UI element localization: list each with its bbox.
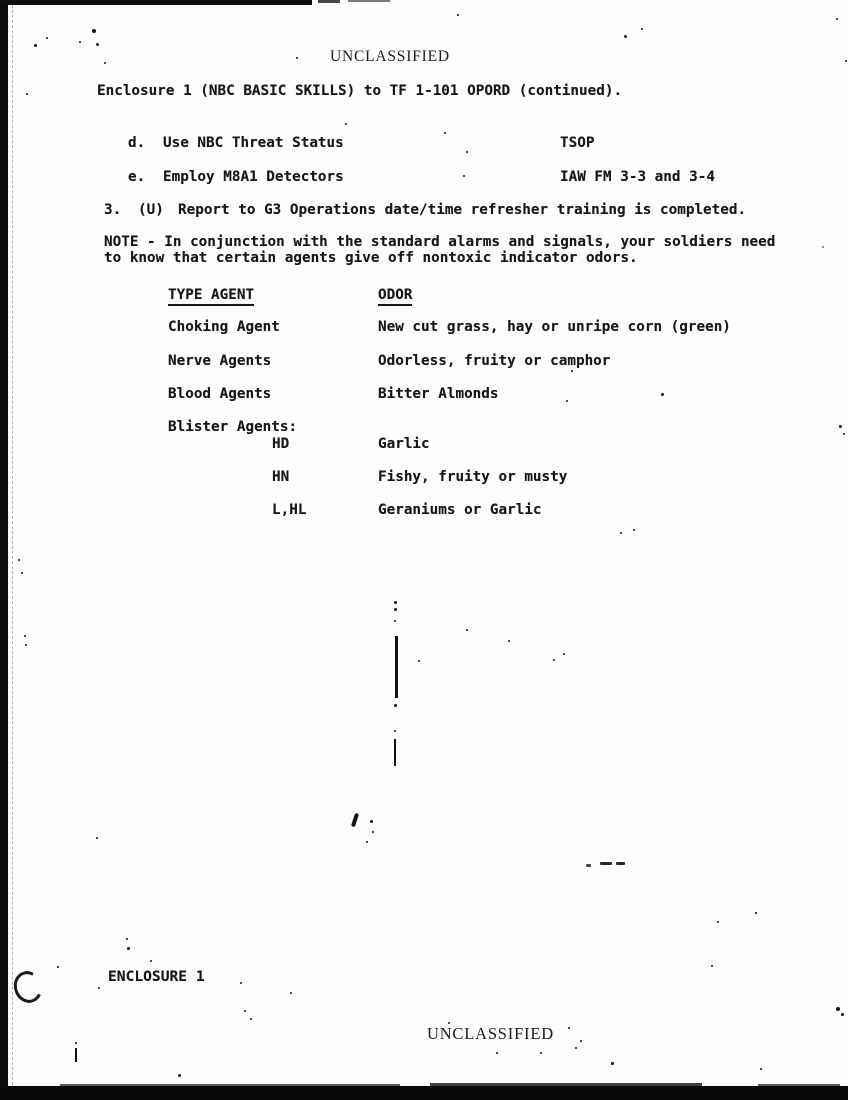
scan-speck	[580, 1040, 582, 1042]
scan-speck	[611, 1062, 614, 1065]
scan-speck	[563, 653, 565, 655]
scan-speck	[244, 1010, 246, 1012]
table-row-agent: Nerve Agents	[168, 354, 271, 369]
scan-speck	[394, 704, 397, 707]
scan-speck	[444, 132, 446, 134]
scan-speck	[394, 601, 397, 604]
scan-speck	[126, 938, 128, 940]
scan-speck	[394, 608, 397, 611]
scan-speck	[75, 1042, 77, 1044]
scan-speck	[418, 660, 420, 662]
task-d-letter: d.	[128, 136, 145, 151]
scan-speck	[394, 620, 396, 622]
ink-squiggle-artifact	[351, 813, 359, 828]
scan-speck	[571, 370, 573, 372]
scan-speck	[463, 175, 465, 177]
scan-speck	[24, 635, 26, 637]
scan-speck	[98, 987, 100, 989]
scan-speck	[836, 18, 838, 20]
scan-speck	[57, 966, 59, 968]
scan-speck	[150, 960, 152, 962]
scan-speck	[839, 425, 842, 428]
enclosure-title: Enclosure 1 (NBC BASIC SKILLS) to TF 1-1…	[97, 84, 622, 99]
scanned-document-page: UNCLASSIFIED Enclosure 1 (NBC BASIC SKIL…	[0, 0, 848, 1100]
scan-left-dashed-line	[12, 0, 13, 1100]
scan-speck	[178, 1074, 181, 1077]
scan-speck	[92, 29, 96, 33]
scan-speck	[553, 659, 555, 661]
item3-text: Report to G3 Operations date/time refres…	[178, 203, 746, 218]
task-d-reference: TSOP	[560, 136, 594, 151]
scan-speck	[79, 41, 81, 43]
scan-speck	[372, 831, 374, 833]
scan-speck	[104, 62, 106, 64]
table-row-odor: Odorless, fruity or camphor	[378, 354, 610, 369]
task-e-text: Employ M8A1 Detectors	[163, 170, 344, 185]
blister-row-agent: L,HL	[272, 503, 306, 518]
scan-speck	[496, 1052, 498, 1054]
scan-speck	[836, 1007, 840, 1011]
enclosure-footer-label: ENCLOSURE 1	[108, 969, 205, 984]
scan-speck	[633, 529, 635, 531]
scan-top-edge-fragment	[318, 0, 340, 3]
blister-row-odor: Fishy, fruity or musty	[378, 470, 567, 485]
blister-row-agent: HD	[272, 437, 289, 452]
scan-speck	[566, 400, 568, 402]
classification-header: UNCLASSIFIED	[330, 48, 450, 66]
scan-speck	[290, 992, 292, 994]
scan-speck	[394, 730, 396, 732]
blister-row-odor: Geraniums or Garlic	[378, 503, 542, 518]
note-line-1: NOTE - In conjunction with the standard …	[104, 235, 775, 250]
item3-marking: (U)	[138, 203, 164, 218]
scan-speck	[466, 629, 468, 631]
scan-speck	[843, 433, 845, 435]
scan-speck	[25, 644, 27, 646]
scan-speck	[600, 862, 612, 865]
scan-speck	[127, 947, 130, 950]
item3-number: 3.	[104, 203, 121, 218]
scan-vertical-streak	[395, 636, 398, 698]
scan-speck	[370, 820, 373, 823]
scan-speck	[21, 572, 23, 574]
table-row-agent: Choking Agent	[168, 320, 280, 335]
scan-speck	[586, 864, 591, 867]
task-e-reference: IAW FM 3-3 and 3-4	[560, 170, 715, 185]
blister-group-label: Blister Agents:	[168, 420, 297, 435]
scan-speck	[508, 640, 510, 642]
scan-speck	[624, 35, 627, 38]
scan-speck	[250, 1018, 252, 1020]
scan-speck	[46, 37, 48, 39]
scan-speck	[822, 246, 824, 248]
scan-speck	[540, 1052, 542, 1054]
table-row-odor: Bitter Almonds	[378, 387, 499, 402]
scan-top-edge-fragment	[348, 0, 390, 2]
scan-speck	[620, 532, 622, 534]
scan-speck	[711, 965, 713, 967]
task-e-letter: e.	[128, 170, 145, 185]
scan-speck	[26, 93, 28, 95]
hole-punch-circle-artifact	[10, 967, 47, 1006]
note-line-2: to know that certain agents give off non…	[104, 251, 638, 266]
scan-speck	[96, 837, 98, 839]
scan-bottom-edge-bar	[0, 1086, 848, 1100]
scan-speck	[616, 862, 625, 865]
scan-speck	[760, 1068, 762, 1070]
scan-speck	[466, 151, 468, 153]
scan-speck	[457, 14, 459, 16]
table-row-odor: New cut grass, hay or unripe corn (green…	[378, 320, 731, 335]
scan-speck	[240, 982, 242, 984]
scan-speck	[18, 559, 20, 561]
scan-vertical-streak	[394, 739, 396, 766]
scan-speck	[841, 1013, 844, 1016]
blister-row-odor: Garlic	[378, 437, 430, 452]
scan-top-edge-bar	[0, 0, 312, 5]
scan-left-edge-bar	[0, 0, 8, 1100]
task-d-text: Use NBC Threat Status	[163, 136, 344, 151]
blister-row-agent: HN	[272, 470, 289, 485]
scan-speck	[296, 57, 298, 59]
column-header-type-agent: TYPE AGENT	[168, 288, 254, 306]
scan-speck	[366, 841, 368, 843]
scan-speck	[755, 912, 757, 914]
column-header-odor: ODOR	[378, 288, 412, 306]
scan-speck	[34, 44, 37, 47]
table-row-agent: Blood Agents	[168, 387, 271, 402]
scan-speck	[845, 60, 847, 62]
scan-speck	[717, 921, 719, 923]
scan-speck	[641, 28, 643, 30]
scan-speck	[345, 123, 347, 125]
scan-speck	[96, 43, 99, 46]
classification-footer: UNCLASSIFIED	[427, 1024, 554, 1044]
scan-speck	[661, 393, 664, 396]
scan-speck	[575, 1047, 577, 1049]
ink-mark-artifact	[75, 1048, 77, 1062]
scan-speck	[568, 1027, 570, 1029]
